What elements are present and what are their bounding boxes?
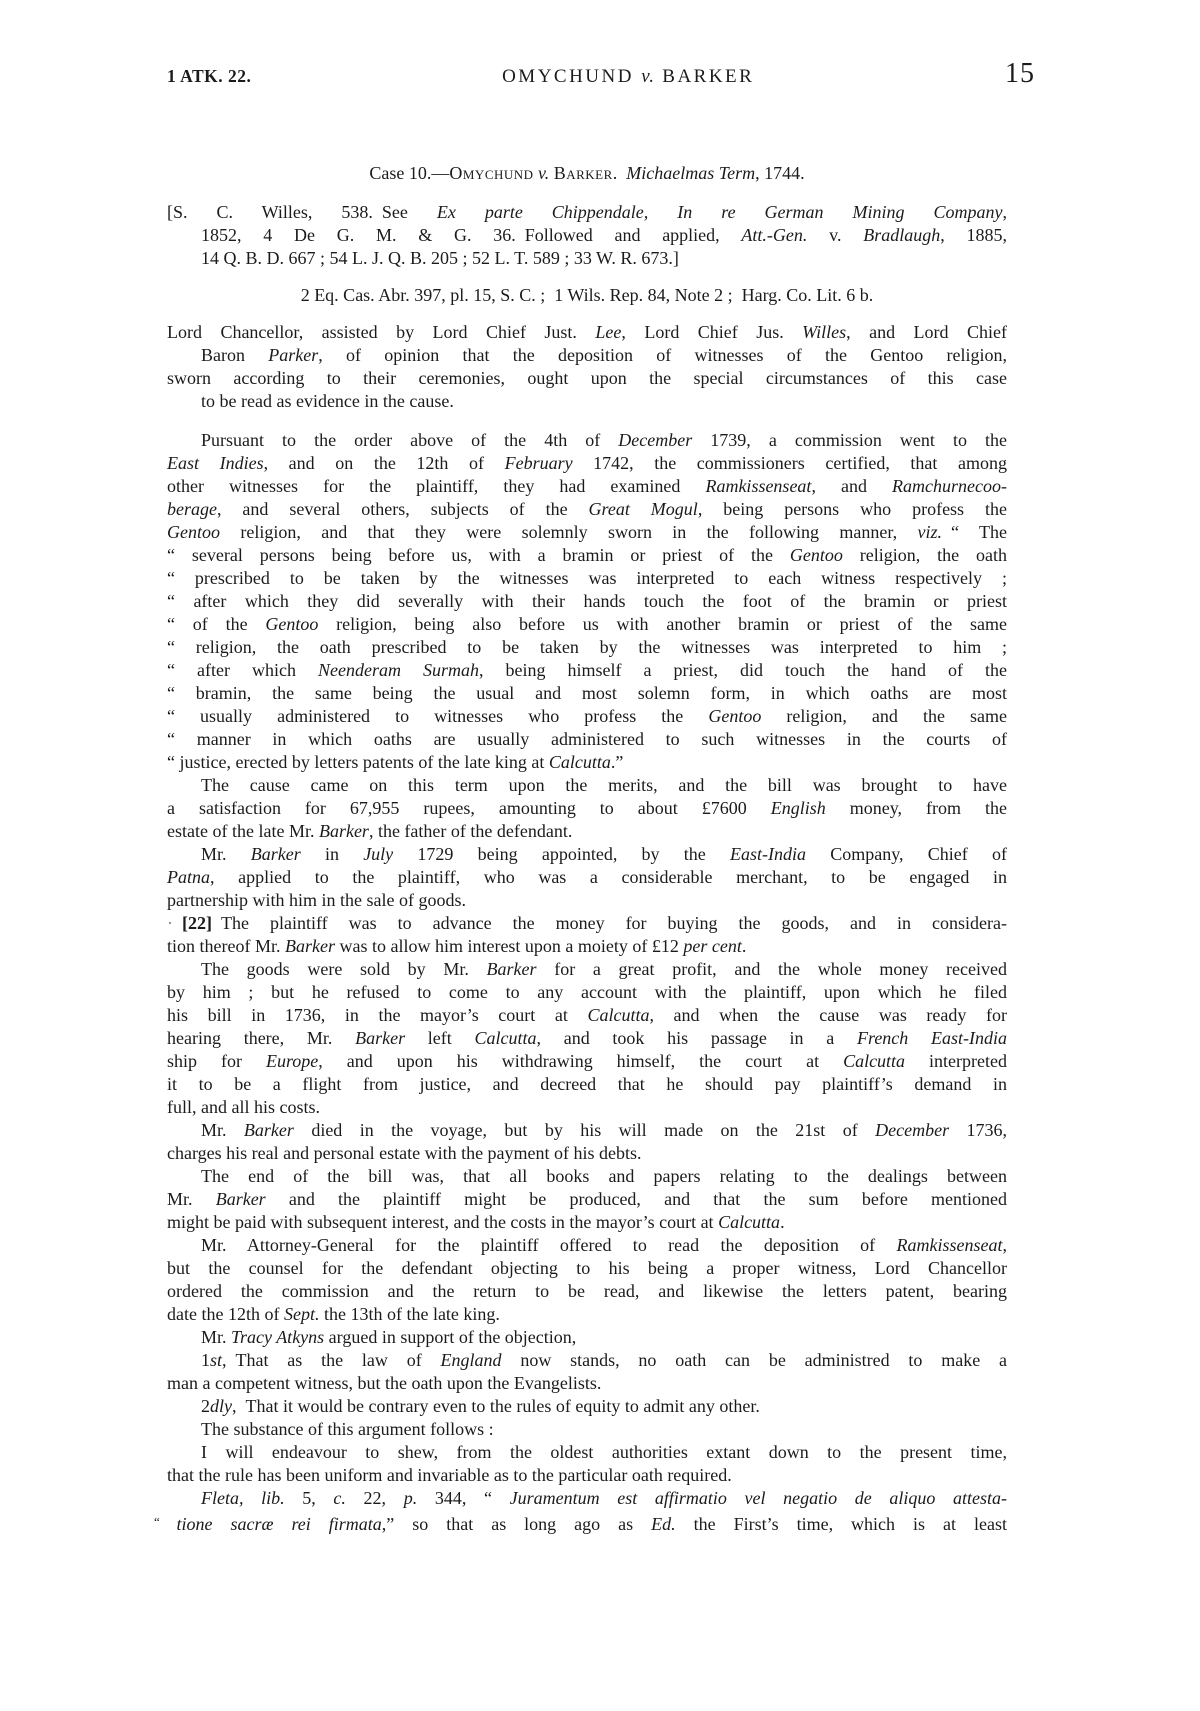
text-line: but the counsel for the defendant object… — [167, 1257, 1007, 1280]
text-run: 1852, 4 De G. M. & G. 36. Followed and a… — [201, 225, 741, 245]
text-run: 1 — [201, 1350, 210, 1370]
running-header: 1 ATK. 22. OMYCHUND v. BARKER 15 — [167, 58, 1035, 92]
italic-text-run: Ramchurnecoo- — [892, 476, 1007, 496]
text-line: by him ; but he refused to come to any a… — [167, 981, 1007, 1004]
text-line: “ manner in which oaths are usually admi… — [167, 728, 1007, 751]
paragraph: Mr. Tracy Atkyns argued in support of th… — [167, 1326, 1007, 1349]
text-line: East Indies, and on the 12th of February… — [167, 452, 1007, 475]
text-run: , — [1003, 1235, 1008, 1255]
text-run: “ justice, erected by letters patents of… — [167, 752, 549, 772]
italic-text-run: Gentoo — [708, 706, 761, 726]
text-line: date the 12th of Sept. the 13th of the l… — [167, 1303, 1007, 1326]
paragraph: · [22] The plaintiff was to advance the … — [167, 912, 1007, 958]
italic-text-run: Calcutta — [587, 1005, 649, 1025]
text-run: , and when the cause was ready for — [649, 1005, 1007, 1025]
italic-text-run: p. — [404, 1488, 418, 1508]
text-line: “ usually administered to witnesses who … — [167, 705, 1007, 728]
text-line: might be paid with subsequent interest, … — [167, 1211, 1007, 1234]
text-run: 1729 being appointed, by the — [393, 844, 730, 864]
text-run: was to allow him interest upon a moiety … — [335, 936, 683, 956]
text-line: it to be a flight from justice, and decr… — [167, 1073, 1007, 1096]
text-run: “ of the — [167, 614, 265, 634]
text-line: a satisfaction for 67,955 rupees, amount… — [167, 797, 1007, 820]
text-line: “ after which they did severally with th… — [167, 590, 1007, 613]
text-line: Lord Chancellor, assisted by Lord Chief … — [167, 321, 1007, 344]
text-run: Mr. — [201, 1327, 231, 1347]
text-run: , That it would be contrary even to the … — [232, 1396, 760, 1416]
text-run: Lord Chancellor, assisted by Lord Chief … — [167, 322, 595, 342]
italic-text-run: Ramkissenseat — [897, 1235, 1003, 1255]
text-line: [S. C. Willes, 538. See Ex parte Chippen… — [167, 201, 1007, 224]
text-run: , 1744. — [755, 163, 805, 183]
text-run: “ religion, the oath prescribed to be ta… — [167, 637, 1007, 657]
italic-text-run: July — [363, 844, 393, 864]
text-line: The substance of this argument follows : — [167, 1418, 1007, 1441]
italic-text-run: Great Mogul — [589, 499, 698, 519]
paragraph: 1st, That as the law of England now stan… — [167, 1349, 1007, 1395]
running-title-post: BARKER — [655, 66, 754, 87]
italic-text-run: Gentoo — [167, 522, 220, 542]
italic-text-run: Gentoo — [790, 545, 843, 565]
text-run: religion, the oath — [843, 545, 1007, 565]
text-run: 1742, the commissioners certified, that … — [573, 453, 1007, 473]
italic-text-run: Patna — [167, 867, 210, 887]
text-run: Case 10.— — [369, 163, 449, 183]
text-run: to be read as evidence in the cause. — [201, 391, 454, 411]
text-run: Company, Chief of — [806, 844, 1007, 864]
italic-text-run: Barker — [244, 1120, 294, 1140]
bold-text-run: [22] — [182, 913, 212, 933]
text-run: argued in support of the objection, — [324, 1327, 576, 1347]
text-line: 1852, 4 De G. M. & G. 36. Followed and a… — [167, 224, 1007, 247]
margin-dot: · — [167, 913, 182, 933]
italic-text-run: Juramentum est affirmatio vel negatio de… — [510, 1488, 1007, 1508]
text-line: Mr. Tracy Atkyns argued in support of th… — [167, 1326, 1007, 1349]
italic-text-run: Barker — [487, 959, 537, 979]
text-run: and the plaintiff might be produced, and… — [266, 1189, 1007, 1209]
text-run: it to be a flight from justice, and decr… — [167, 1074, 1007, 1094]
text-run: , — [1002, 202, 1007, 222]
text-line: estate of the late Mr. Barker, the fathe… — [167, 820, 1007, 843]
text-line: The cause came on this term upon the mer… — [167, 774, 1007, 797]
running-title: OMYCHUND v. BARKER — [251, 66, 1005, 88]
italic-text-run: Barker — [285, 936, 335, 956]
text-run: , of opinion that the deposition of witn… — [318, 345, 1007, 365]
text-run: , and upon his withdrawing himself, the … — [318, 1051, 843, 1071]
text-run: that the rule has been uniform and invar… — [167, 1465, 732, 1485]
italic-text-run: st — [210, 1350, 222, 1370]
text-run: . — [742, 936, 747, 956]
text-line: full, and all his costs. — [167, 1096, 1007, 1119]
text-run: the 13th of the late king. — [319, 1304, 499, 1324]
italic-text-run: Calcutta — [843, 1051, 905, 1071]
text-line: Mr. Barker and the plaintiff might be pr… — [167, 1188, 1007, 1211]
italic-text-run: Barker — [216, 1189, 266, 1209]
text-line: 2 Eq. Cas. Abr. 397, pl. 15, S. C. ; 1 W… — [167, 284, 1007, 307]
text-line: tion thereof Mr. Barker was to allow him… — [167, 935, 1007, 958]
text-run: “ The — [942, 522, 1007, 542]
text-line: · [22] The plaintiff was to advance the … — [167, 912, 1007, 935]
text-run: [S. C. Willes, 538. See — [167, 202, 437, 222]
text-run: in — [301, 844, 363, 864]
italic-text-run: v. — [538, 163, 549, 183]
text-run: 14 Q. B. D. 667 ; 54 L. J. Q. B. 205 ; 5… — [201, 248, 679, 268]
smallcaps-text-run: Omychund — [449, 163, 533, 183]
italic-text-run: Neenderam Surmah — [318, 660, 479, 680]
text-run: Baron — [201, 345, 268, 365]
text-run: might be paid with subsequent interest, … — [167, 1212, 718, 1232]
running-title-versus: v. — [641, 66, 655, 87]
running-title-pre: OMYCHUND — [502, 66, 641, 87]
paragraph: Fleta, lib. 5, c. 22, p. 344, “ Jurament… — [167, 1487, 1007, 1536]
text-run: now stands, no oath can be administred t… — [502, 1350, 1007, 1370]
italic-text-run: Michaelmas Term — [626, 163, 755, 183]
text-run: , 1885, — [940, 225, 1007, 245]
text-run: “ bramin, the same being the usual and m… — [167, 683, 1007, 703]
italic-text-run: Barker — [355, 1028, 405, 1048]
italic-text-run: c. — [333, 1488, 346, 1508]
text-run: 2 — [201, 1396, 210, 1416]
italic-text-run: French East-India — [857, 1028, 1007, 1048]
italic-text-run: dly — [210, 1396, 232, 1416]
text-run: religion, and that they were solemnly sw… — [220, 522, 917, 542]
italic-text-run: Ex parte Chippendale, In re German Minin… — [437, 202, 1003, 222]
text-run: but the counsel for the defendant object… — [167, 1258, 1007, 1278]
paragraph: The goods were sold by Mr. Barker for a … — [167, 958, 1007, 1119]
paragraph: The end of the bill was, that all books … — [167, 1165, 1007, 1234]
text-run: for a great profit, and the whole money … — [537, 959, 1007, 979]
text-line: man a competent witness, but the oath up… — [167, 1372, 1007, 1395]
text-line: The goods were sold by Mr. Barker for a … — [167, 958, 1007, 981]
text-run: hearing there, Mr. — [167, 1028, 355, 1048]
italic-text-run: Fleta, lib. — [201, 1488, 285, 1508]
text-line: Baron Parker, of opinion that the deposi… — [167, 344, 1007, 367]
page-number: 15 — [1005, 58, 1035, 90]
text-run: sworn according to their ceremonies, oug… — [167, 368, 1007, 388]
text-run: , being himself a priest, did touch the … — [479, 660, 1007, 680]
italic-text-run: Ed. — [651, 1514, 676, 1534]
text-run: The cause came on this term upon the mer… — [201, 775, 1007, 795]
text-line: The end of the bill was, that all books … — [167, 1165, 1007, 1188]
italic-text-run: Tracy Atkyns — [231, 1327, 324, 1347]
text-run: “ after which they did severally with th… — [167, 591, 1007, 611]
text-line: sworn according to their ceremonies, oug… — [167, 367, 1007, 390]
italic-text-run: berage — [167, 499, 217, 519]
text-run: , applied to the plaintiff, who was a co… — [210, 867, 1007, 887]
text-run: ordered the commission and the return to… — [167, 1281, 1007, 1301]
text-line: “ prescribed to be taken by the witnesse… — [167, 567, 1007, 590]
italic-text-run: Calcutta — [475, 1028, 537, 1048]
italic-text-run: East-India — [730, 844, 806, 864]
document-page: 1 ATK. 22. OMYCHUND v. BARKER 15 Case 10… — [0, 0, 1200, 1711]
text-run: tion thereof Mr. — [167, 936, 285, 956]
text-line: other witnesses for the plaintiff, they … — [167, 475, 1007, 498]
text-line: berage, and several others, subjects of … — [167, 498, 1007, 521]
text-line: charges his real and personal estate wit… — [167, 1142, 1007, 1165]
text-line: that the rule has been uniform and invar… — [167, 1464, 1007, 1487]
paragraph: I will endeavour to shew, from the oldes… — [167, 1441, 1007, 1487]
volume-reference: 1 ATK. 22. — [167, 66, 251, 87]
italic-text-run: Parker — [268, 345, 318, 365]
text-run: ship for — [167, 1051, 266, 1071]
italic-text-run: Sept. — [284, 1304, 320, 1324]
italic-text-run: Europe — [266, 1051, 318, 1071]
italic-text-run: viz. — [917, 522, 942, 542]
text-run: left — [405, 1028, 474, 1048]
paragraph: The cause came on this term upon the mer… — [167, 774, 1007, 843]
text-run: partnership with him in the sale of good… — [167, 890, 466, 910]
text-run: ,” so that as long ago as — [382, 1514, 651, 1534]
text-run: . — [780, 1212, 785, 1232]
quote-mark: “ — [154, 1514, 176, 1529]
citation-line: 2 Eq. Cas. Abr. 397, pl. 15, S. C. ; 1 W… — [167, 284, 1007, 307]
text-line: “ bramin, the same being the usual and m… — [167, 682, 1007, 705]
italic-text-run: Calcutta — [718, 1212, 780, 1232]
text-run: charges his real and personal estate wit… — [167, 1143, 642, 1163]
italic-text-run: Ramkissenseat — [705, 476, 811, 496]
text-line: Fleta, lib. 5, c. 22, p. 344, “ Jurament… — [167, 1487, 1007, 1510]
text-line: “ several persons being before us, with … — [167, 544, 1007, 567]
text-line: Patna, applied to the plaintiff, who was… — [167, 866, 1007, 889]
text-run: v. — [807, 225, 863, 245]
text-line: Case 10.—Omychund v. Barker. Michaelmas … — [167, 162, 1007, 185]
text-run: , and several others, subjects of the — [217, 499, 589, 519]
text-line: ordered the commission and the return to… — [167, 1280, 1007, 1303]
italic-text-run: Bradlaugh — [863, 225, 940, 245]
italic-text-run: Calcutta — [549, 752, 611, 772]
text-run: interpreted — [905, 1051, 1007, 1071]
text-run: 1739, a commission went to the — [692, 430, 1007, 450]
text-run: “ after which — [167, 660, 318, 680]
text-line: “ tione sacræ rei firmata,” so that as l… — [167, 1510, 1007, 1536]
text-line: Mr. Attorney-General for the plaintiff o… — [167, 1234, 1007, 1257]
document-body: Case 10.—Omychund v. Barker. Michaelmas … — [167, 162, 1007, 1536]
text-run: full, and all his costs. — [167, 1097, 320, 1117]
text-run: religion, and the same — [761, 706, 1007, 726]
text-run: , and on the 12th of — [264, 453, 505, 473]
text-run: .” — [611, 752, 624, 772]
text-line: Mr. Barker in July 1729 being appointed,… — [167, 843, 1007, 866]
text-run: , and took his passage in a — [537, 1028, 857, 1048]
italic-text-run: December — [618, 430, 692, 450]
italic-text-run: England — [441, 1350, 502, 1370]
text-run: , That as the law of — [222, 1350, 441, 1370]
text-run: “ manner in which oaths are usually admi… — [167, 729, 1007, 749]
paragraph: The substance of this argument follows : — [167, 1418, 1007, 1441]
paragraph: Mr. Barker died in the voyage, but by hi… — [167, 1119, 1007, 1165]
text-line: partnership with him in the sale of good… — [167, 889, 1007, 912]
text-line: “ after which Neenderam Surmah, being hi… — [167, 659, 1007, 682]
italic-text-run: Lee — [595, 322, 621, 342]
text-line: Pursuant to the order above of the 4th o… — [167, 429, 1007, 452]
text-run: Pursuant to the order above of the 4th o… — [201, 430, 618, 450]
text-run: , and — [811, 476, 892, 496]
text-run: “ several persons being before us, with … — [167, 545, 790, 565]
text-line: to be read as evidence in the cause. — [167, 390, 1007, 413]
italic-text-run: Barker — [319, 821, 369, 841]
paragraph: Pursuant to the order above of the 4th o… — [167, 429, 1007, 774]
text-run: by him ; but he refused to come to any a… — [167, 982, 1007, 1002]
smallcaps-text-run: Barker — [554, 163, 613, 183]
text-line: “ of the Gentoo religion, being also bef… — [167, 613, 1007, 636]
text-line: ship for Europe, and upon his withdrawin… — [167, 1050, 1007, 1073]
text-run: a satisfaction for 67,955 rupees, amount… — [167, 798, 771, 818]
text-line: hearing there, Mr. Barker left Calcutta,… — [167, 1027, 1007, 1050]
text-line: “ religion, the oath prescribed to be ta… — [167, 636, 1007, 659]
text-run: The end of the bill was, that all books … — [201, 1166, 1007, 1186]
text-run: religion, being also before us with anot… — [318, 614, 1007, 634]
text-line: 2dly, That it would be contrary even to … — [167, 1395, 1007, 1418]
text-run: , being persons who profess the — [698, 499, 1007, 519]
italic-text-run: February — [505, 453, 573, 473]
paragraph: Mr. Barker in July 1729 being appointed,… — [167, 843, 1007, 912]
italic-text-run: Willes — [802, 322, 846, 342]
text-run: The goods were sold by Mr. — [201, 959, 487, 979]
text-line: “ justice, erected by letters patents of… — [167, 751, 1007, 774]
headnote: [S. C. Willes, 538. See Ex parte Chippen… — [167, 201, 1007, 270]
italic-text-run: English — [771, 798, 826, 818]
text-run: Mr. — [201, 844, 251, 864]
text-run: The plaintiff was to advance the money f… — [212, 913, 1007, 933]
italic-text-run: Att.-Gen. — [741, 225, 807, 245]
text-run: 2 Eq. Cas. Abr. 397, pl. 15, S. C. ; 1 W… — [301, 285, 874, 305]
text-run: date the 12th of — [167, 1304, 284, 1324]
text-run: Mr. — [201, 1120, 244, 1140]
text-run: “ usually administered to witnesses who … — [167, 706, 708, 726]
text-run: 344, “ — [417, 1488, 509, 1508]
text-line: Gentoo religion, and that they were sole… — [167, 521, 1007, 544]
text-run: The substance of this argument follows : — [201, 1419, 494, 1439]
text-run: , the father of the defendant. — [369, 821, 572, 841]
italic-text-run: Barker — [251, 844, 301, 864]
text-run: 1736, — [949, 1120, 1007, 1140]
italic-text-run: tione sacræ rei firmata — [176, 1514, 381, 1534]
text-run: I will endeavour to shew, from the oldes… — [201, 1442, 1007, 1462]
paragraph: 2dly, That it would be contrary even to … — [167, 1395, 1007, 1418]
text-run: , and Lord Chief — [846, 322, 1007, 342]
italic-text-run: East Indies — [167, 453, 264, 473]
text-run: “ prescribed to be taken by the witnesse… — [167, 568, 1007, 588]
case-title: Case 10.—Omychund v. Barker. Michaelmas … — [167, 162, 1007, 185]
italic-text-run: December — [875, 1120, 949, 1140]
paragraph: Mr. Attorney-General for the plaintiff o… — [167, 1234, 1007, 1326]
text-run: man a competent witness, but the oath up… — [167, 1373, 601, 1393]
text-run: . — [613, 163, 627, 183]
text-run: 5, — [285, 1488, 334, 1508]
text-run: , Lord Chief Jus. — [621, 322, 802, 342]
text-run: 22, — [346, 1488, 404, 1508]
text-run: estate of the late Mr. — [167, 821, 319, 841]
text-run: his bill in 1736, in the mayor’s court a… — [167, 1005, 587, 1025]
text-line: I will endeavour to shew, from the oldes… — [167, 1441, 1007, 1464]
text-line: 14 Q. B. D. 667 ; 54 L. J. Q. B. 205 ; 5… — [167, 247, 1007, 270]
text-run: other witnesses for the plaintiff, they … — [167, 476, 705, 496]
text-line: 1st, That as the law of England now stan… — [167, 1349, 1007, 1372]
text-line: Mr. Barker died in the voyage, but by hi… — [167, 1119, 1007, 1142]
text-run: Mr. Attorney-General for the plaintiff o… — [201, 1235, 897, 1255]
text-line: his bill in 1736, in the mayor’s court a… — [167, 1004, 1007, 1027]
text-run: Mr. — [167, 1189, 216, 1209]
syllabus: Lord Chancellor, assisted by Lord Chief … — [167, 321, 1007, 413]
text-run: the First’s time, which is at least — [676, 1514, 1007, 1534]
text-run: money, from the — [826, 798, 1007, 818]
italic-text-run: Gentoo — [265, 614, 318, 634]
italic-text-run: per cent — [683, 936, 741, 956]
text-run: died in the voyage, but by his will made… — [294, 1120, 875, 1140]
